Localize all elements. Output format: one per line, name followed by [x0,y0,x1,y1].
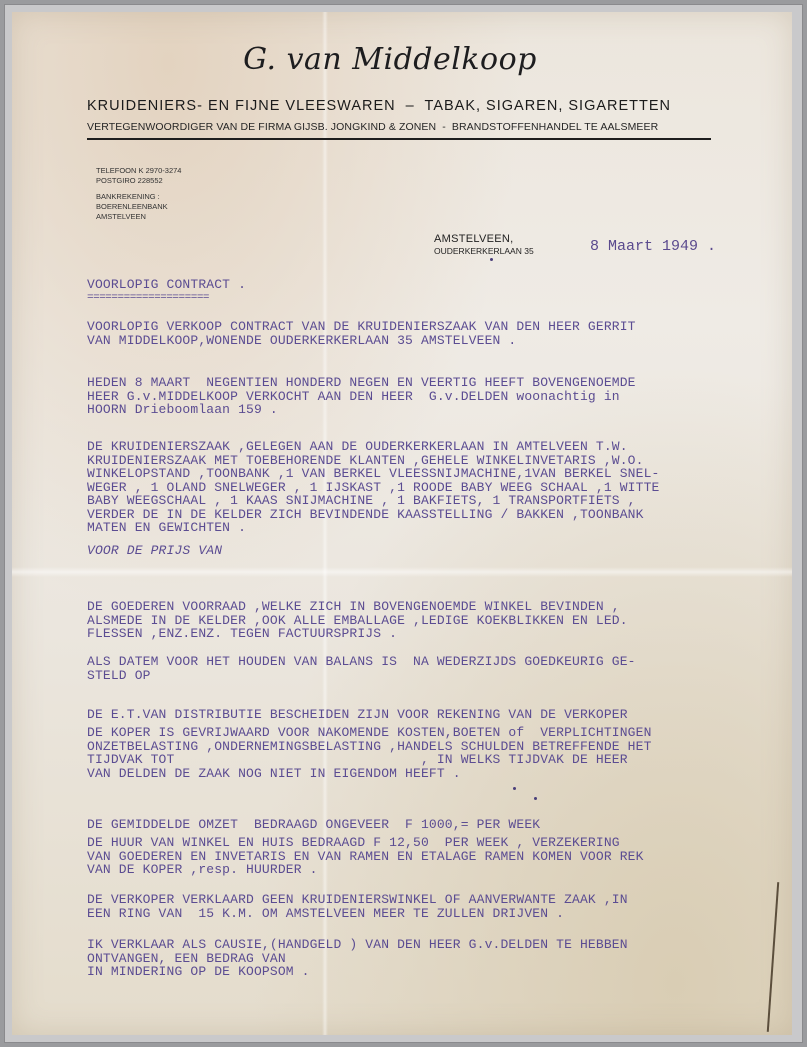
bank-city: AMSTELVEEN [96,212,181,222]
paper-fold-horizontal [12,567,792,577]
paragraph-rent: DE HUUR VAN WINKEL EN HUIS BEDRAAGD F 12… [87,836,644,877]
sender-address: AMSTELVEEN, OUDERKERKERLAAN 35 [434,233,534,256]
paper-crease [767,882,779,1032]
sender-city: AMSTELVEEN, [434,233,534,245]
contract-title-underline: ==================== [87,292,209,306]
bank-label: BANKREKENING : [96,192,181,202]
paragraph-intro: VOORLOPIG VERKOOP CONTRACT VAN DE KRUIDE… [87,320,636,347]
ink-speck [534,797,537,800]
letterhead-subline: VERTEGENWOORDIGER VAN DE FIRMA GIJSB. JO… [87,121,658,133]
paragraph-balance-date: ALS DATEM VOOR HET HOUDEN VAN BALANS IS … [87,655,636,682]
letter-date: 8 Maart 1949 . [590,238,716,255]
telephone: TELEFOON K 2970-3274 [96,166,181,176]
contact-block: TELEFOON K 2970-3274 POSTGIRO 228552 BAN… [96,166,181,222]
letterhead-name: G. van Middelkoop [0,42,780,77]
ink-speck [490,258,493,261]
paragraph-sale: HEDEN 8 MAART NEGENTIEN HONDERD NEGEN EN… [87,376,636,417]
letterhead-rule [87,138,711,140]
paragraph-distribution: DE E.T.VAN DISTRIBUTIE BESCHEIDEN ZIJN V… [87,708,628,722]
paragraph-turnover: DE GEMIDDELDE OMZET BEDRAAGD ONGEVEER F … [87,818,540,832]
bank-name: BOERENLEENBANK [96,202,181,212]
postgiro: POSTGIRO 228552 [96,176,181,186]
paragraph-indemnity: DE KOPER IS GEVRIJWAARD VOOR NAKOMENDE K… [87,726,652,780]
paragraph-inventory: DE KRUIDENIERSZAAK ,GELEGEN AAN DE OUDER… [87,440,660,535]
sender-street: OUDERKERKERLAAN 35 [434,246,534,256]
letterhead-tagline: KRUIDENIERS- EN FIJNE VLEESWAREN – TABAK… [87,98,671,114]
paragraph-non-compete: DE VERKOPER VERKLAARD GEEN KRUIDENIERSWI… [87,893,628,920]
paragraph-price: VOOR DE PRIJS VAN [87,544,222,558]
ink-speck [513,787,516,790]
paragraph-deposit: IK VERKLAAR ALS CAUSIE,(HANDGELD ) VAN D… [87,938,628,979]
contract-title: VOORLOPIG CONTRACT . [87,278,246,292]
paragraph-stock: DE GOEDEREN VOORRAAD ,WELKE ZICH IN BOVE… [87,600,628,641]
